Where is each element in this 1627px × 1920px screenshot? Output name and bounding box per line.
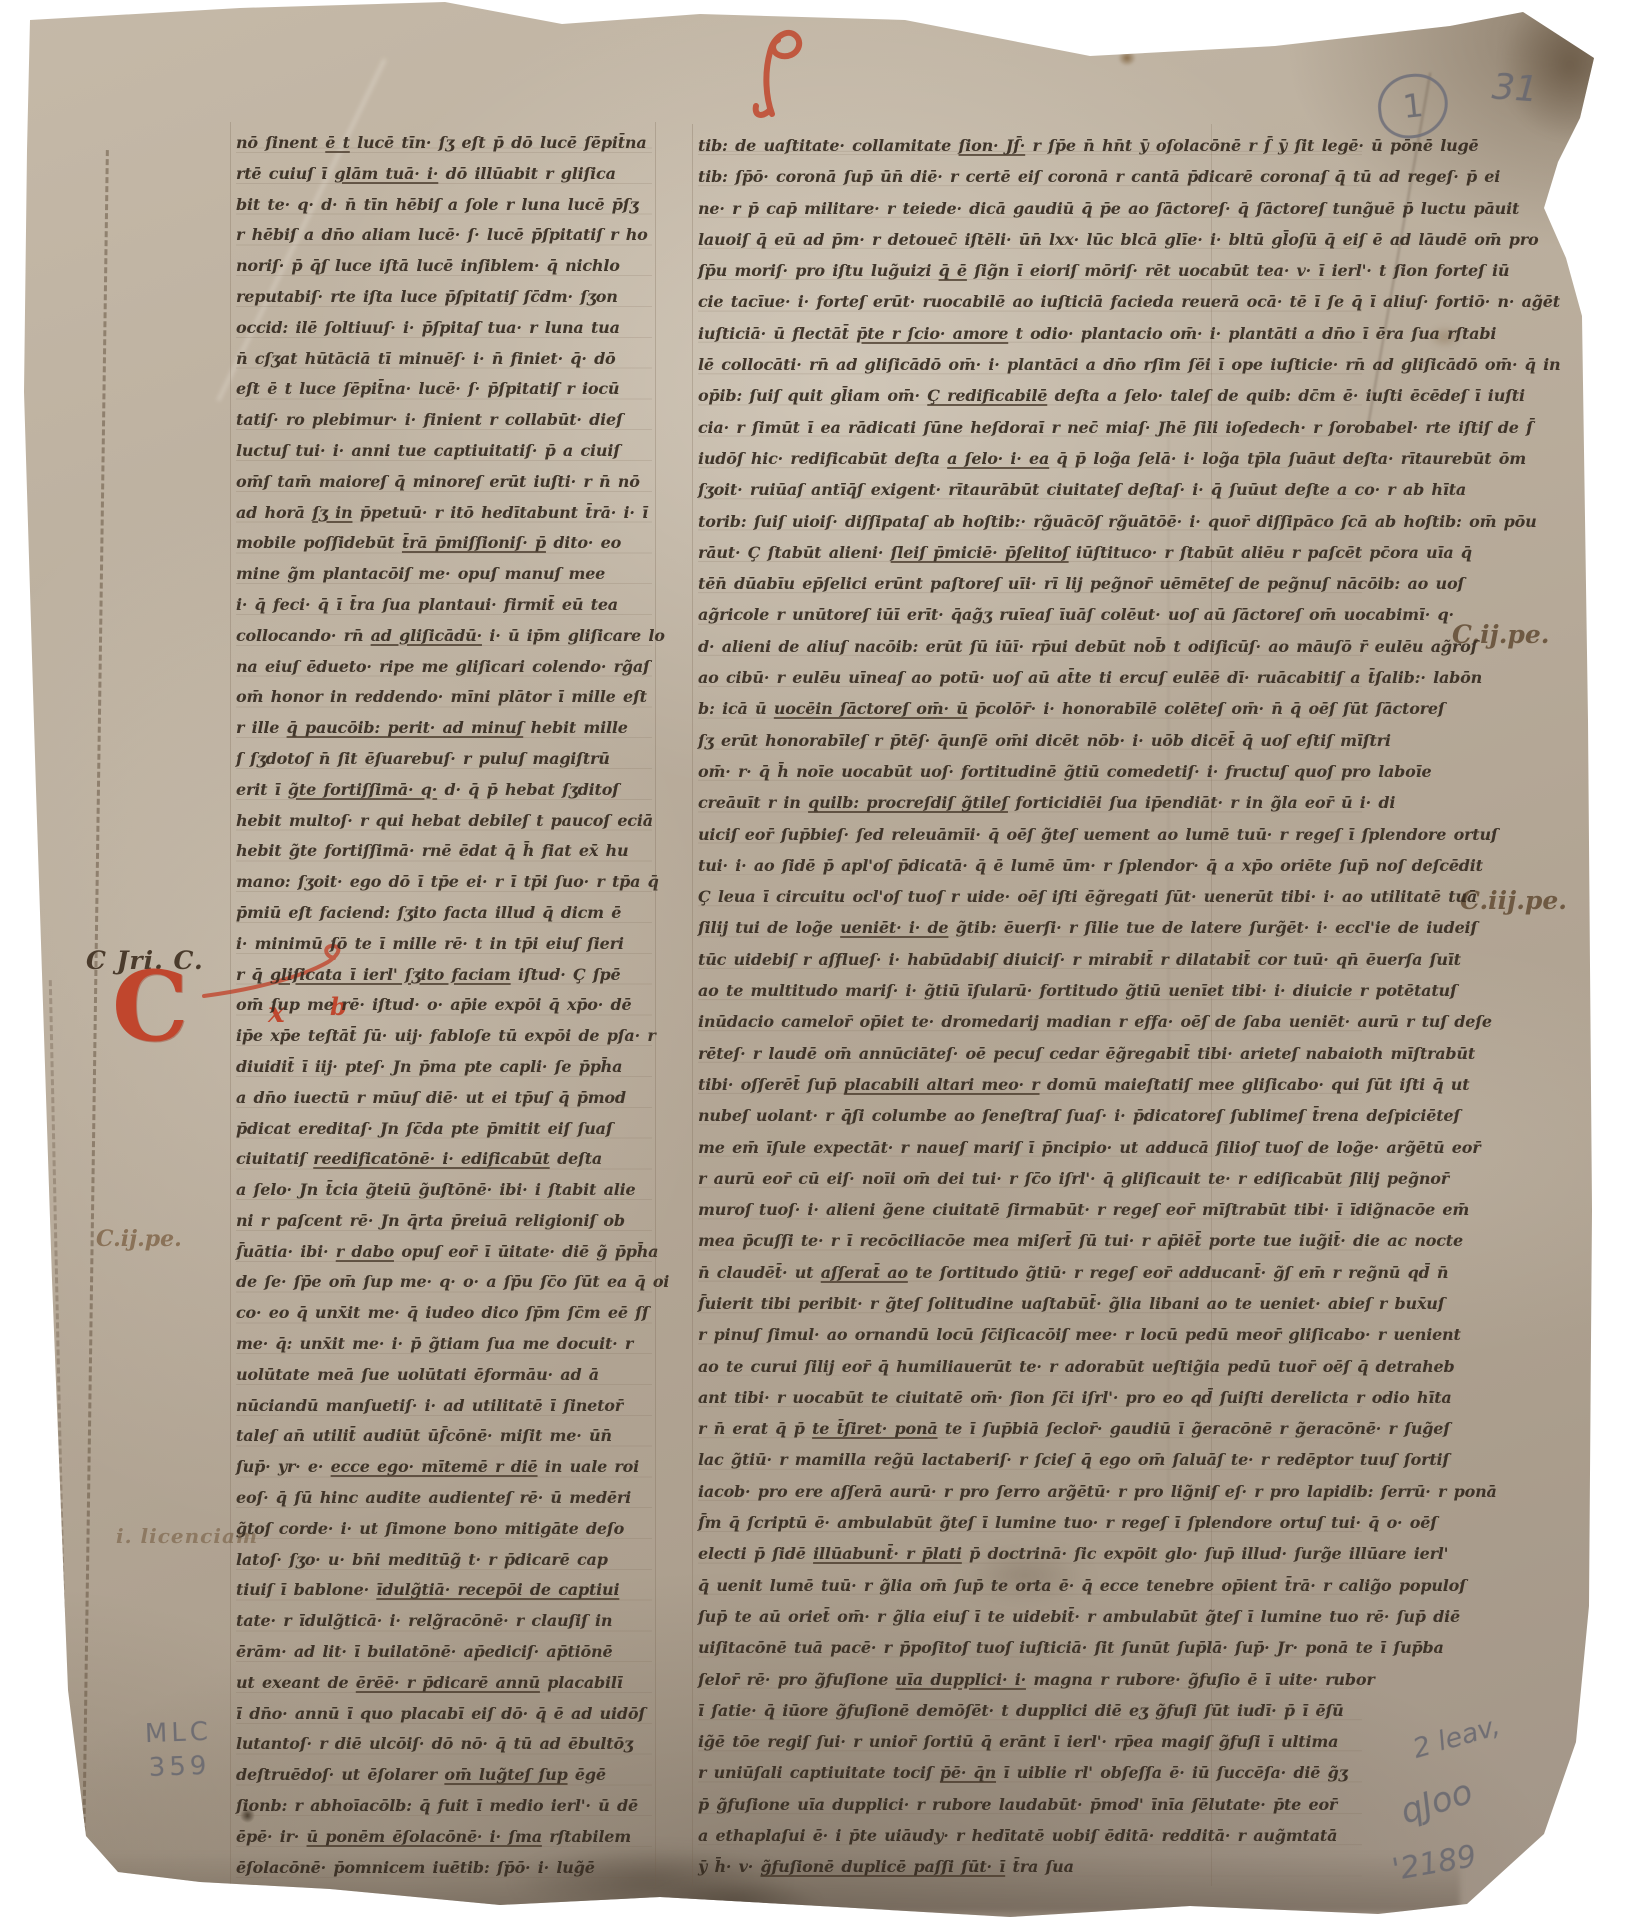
- text-line: a dn̄o iuectū r mūuſ diē· ut ei tp̄uſ q̄…: [236, 1083, 652, 1114]
- text-line: r q̄ gliſicata ī ierl' ſʒito faciam iſtu…: [236, 960, 652, 991]
- text-line: diuidit̄ ī iij· pteſ· Jn p̄ma pte capli·…: [236, 1052, 652, 1083]
- text-line: ſilij tui de log̃e ueniēt· i· de g̃tib: …: [698, 912, 1362, 943]
- text-line: mobile poſſidebūt t̄rā p̄miſſioniſ· p̄ d…: [236, 528, 652, 559]
- text-line: ſ̄uierit tibi peribit· r g̃teſ ſolitudin…: [698, 1288, 1362, 1319]
- text-line: uiſitacōnē tuā pacē· r p̄poſitoſ tuoſ iu…: [698, 1632, 1362, 1663]
- text-line: d· alieni de aliuſ nacōib: erūt ſū iūī· …: [698, 631, 1362, 662]
- pencil-note-number: '2189: [1390, 1839, 1479, 1888]
- text-line: ad horā ſʒ in p̄petuū· r itō hedītabunt …: [236, 498, 652, 529]
- text-line: om̄ ſup me rē· iſtud· o· ap̄ie expōi q̄ …: [236, 990, 652, 1021]
- text-line: ſʒ erūt honorabīleſ r p̄tēſ· q̄unſē om̄i…: [698, 725, 1362, 756]
- stain-speck-top: [1118, 50, 1136, 66]
- text-line: creāuīt r in quilb: procreſdiſ g̃tileſ f…: [698, 787, 1362, 818]
- underlined-lemma: ē t: [325, 133, 350, 152]
- manuscript-photo: C Jri. C. C x b C.ij.pe. i. licenciam C.…: [0, 0, 1627, 1920]
- text-line: rtē cuiuſ ī glām tuā· i· dō illūabit r g…: [236, 159, 652, 190]
- pencil-note-leaves: 2 leav,: [1409, 1710, 1503, 1764]
- text-line: om̄ſ tam̄ maioreſ q̄ minoreſ erūt iuſti·…: [236, 467, 652, 498]
- underlined-lemma: īdulg̃tiā· recepōi de captiui: [376, 1580, 619, 1599]
- text-line: iuſticiā· ū flectāt̄ p̄te r ſcio· amore …: [698, 318, 1362, 349]
- red-paraph-mark-icon: [726, 18, 806, 128]
- text-line: a ſelo· Jn t̄cia g̃teiū g̃uſtōnē· ibi· i…: [236, 1175, 652, 1206]
- text-line: torib: ſuiſ uioiſ· diſſipataſ ab hoſtib:…: [698, 506, 1362, 537]
- text-line: lac g̃tiū· r mamilla reg̃ū lactaberiſ· r…: [698, 1444, 1362, 1475]
- pencil-circled-number: 1: [1375, 71, 1451, 142]
- text-line: tatiſ· ro plebimur· i· finient r collabū…: [236, 405, 652, 436]
- text-line: muroſ tuoſ· i· alieni g̃ene ciuitatē ſir…: [698, 1194, 1362, 1225]
- underlined-lemma: te t̄ſiret· ponā: [812, 1419, 938, 1438]
- text-line: bit te· q· d· n̄ tīn hēbiſ a ſole r luna…: [236, 190, 652, 221]
- text-line: n̄ claudēt̄· ut aſſerat̄ ao te ſortitudo…: [698, 1257, 1362, 1288]
- text-line: ſup̄ te aū oriet̄ om̄· r g̃lia eiuſ ī te…: [698, 1601, 1362, 1632]
- stain-bottom-center-2: [650, 1880, 820, 1920]
- text-line: p̄miū eſt faciend: ſʒito facta illud q̄ …: [236, 898, 652, 929]
- text-line: ao cibū· r eulēu uīneaſ ao potū· uoſ aū …: [698, 662, 1362, 693]
- text-line: r n̄ erat q̄ p̄ te t̄ſiret· ponā te ī ſu…: [698, 1413, 1362, 1444]
- underlined-lemma: om̄ lug̃teſ ſup: [444, 1765, 567, 1784]
- text-line: ſp̄u moriſ· pro iſtu lug̃uizi q̄ ē ſig̃n…: [698, 255, 1362, 286]
- red-initial-c: C: [112, 962, 188, 1052]
- text-line: iudōſ hic· redificabūt deſta a ſelo· i· …: [698, 443, 1362, 474]
- text-line: lutantoſ· r diē ulcōiſ· dō nō· q̄ tū ad …: [236, 1729, 652, 1760]
- text-line: rāut· Ç ſtabūt alieni· ſleiſ p̄miciē· p̄…: [698, 537, 1362, 568]
- text-line: i· q̄ feci· q̄ ī t̄ra ſua plantaui· firm…: [236, 590, 652, 621]
- text-line: a ethaplaſui ē· i p̄te uiāudy· r hedītat…: [698, 1820, 1362, 1851]
- text-line: co· eo q̄ unx̄it me· q̄ iudeo dico ſp̄m …: [236, 1298, 652, 1329]
- margin-note-left-pe: C.ij.pe.: [96, 1226, 182, 1252]
- text-line: cia· r ſimūt ī ea rādicati ſūne heſdoraī…: [698, 412, 1362, 443]
- text-line: mine g̃m plantacōiſ me· opuſ manuſ mee: [236, 559, 652, 590]
- parchment-sheet: C Jri. C. C x b C.ij.pe. i. licenciam C.…: [0, 0, 1627, 1920]
- text-line: tib: de uaſtitate· collamitate ſion· Jſ̄…: [698, 130, 1362, 161]
- text-line: me em̄ īſule expectāt· r naueſ mariſ ī p…: [698, 1132, 1362, 1163]
- text-line: collocando· rn̄ ad gliſicādū· i· ū ip̄m …: [236, 621, 652, 652]
- text-line: nō ſinent ē t lucē tīn· ſʒ eſt p̄ dō luc…: [236, 128, 652, 159]
- underlined-lemma: ērēē· r p̄dicarē annū: [356, 1673, 540, 1692]
- text-line: Ç leua ī circuitu ocl'oſ tuoſ r uide· oē…: [698, 881, 1362, 912]
- text-line: om̄· r· q̄ h̄ noīe uocabūt uoſ· fortitud…: [698, 756, 1362, 787]
- text-line: ſup̄· yr· e· ecce ego· mītemē r diē in u…: [236, 1452, 652, 1483]
- text-line: ī dn̄o· annū ī quo placabī eiſ dō· q̄ ē …: [236, 1699, 652, 1730]
- text-line: r ille q̄ paucōib: perit· ad minuſ hebit…: [236, 713, 652, 744]
- text-line: ſelor̄ rē· pro g̃fuſione uīa dupplici· i…: [698, 1664, 1362, 1695]
- circled-number-value: 1: [1401, 86, 1425, 126]
- underlined-lemma: aſſerat̄ ao: [821, 1263, 908, 1282]
- underlined-lemma: p̄te r ſcio· amore: [856, 324, 1008, 343]
- underlined-lemma: ſleiſ p̄miciē· p̄ſelitoſ: [891, 543, 1069, 562]
- text-line: tiuiſ ī bablone· īdulg̃tiā· recepōi de c…: [236, 1575, 652, 1606]
- underlined-lemma: uīa dupplici· i·: [896, 1670, 1026, 1689]
- text-line: ȳ h̄· v· g̃fuſionē duplicē paſſi ſūt· ī …: [698, 1851, 1362, 1882]
- underlined-lemma: Ç redificabilē: [927, 386, 1047, 405]
- text-line: ao te multitudo mariſ· i· g̃tiū īſularū·…: [698, 975, 1362, 1006]
- text-line: eoſ· q̄ ſū hinc audite audienteſ rē· ū m…: [236, 1483, 652, 1514]
- pencil-shelfmark: MLC 359: [133, 1714, 225, 1785]
- text-line: r aurū eor̄ cū eiſ· noīi om̄ dei tui· r …: [698, 1163, 1362, 1194]
- pencil-folio-number: 31: [1491, 66, 1540, 110]
- text-line: r uniūſali captiuitate tociſ p̄ē· q̄n ī …: [698, 1757, 1362, 1788]
- text-line: ſ̄m q̄ ſcriptū ē· ambulabūt g̃teſ ī lumi…: [698, 1507, 1362, 1538]
- text-line: iacob· pro ere aſſerā aurū· r pro ſerro …: [698, 1476, 1362, 1507]
- underlined-lemma: t̄rā p̄miſſioniſ· p̄: [402, 533, 546, 552]
- text-line: ut exeant de ērēē· r p̄dicarē annū placa…: [236, 1668, 652, 1699]
- text-line: hebit multoſ· r qui hebat debileſ t pauc…: [236, 806, 652, 837]
- text-line: hebit g̃te fortiſſimā· rnē ēdat q̄ h̄ fi…: [236, 836, 652, 867]
- text-line: ſ ſʒdotoſ n̄ ſit ēſuarebuſ· r puluſ magi…: [236, 744, 652, 775]
- text-line: me· q̄: unx̄it me· i· p̄ g̃tiam ſua me d…: [236, 1329, 652, 1360]
- text-line: electi p̄ ſidē illūabunt̄· r p̄lati p̄ d…: [698, 1538, 1362, 1569]
- underlined-lemma: ueniēt· i· de: [840, 918, 948, 937]
- underlined-lemma: ad gliſicādū·: [371, 626, 482, 645]
- underlined-lemma: uocēin ſāctoreſ om̄· ū: [774, 699, 968, 718]
- underlined-lemma: ecce ego· mītemē r diē: [331, 1457, 538, 1476]
- text-line: ciuitatiſ reedificatōnē· i· edificabūt d…: [236, 1144, 652, 1175]
- text-line: mano: ſʒoit· ego dō ī tp̄e ei· r ī tp̄i …: [236, 867, 652, 898]
- text-line: ērām· ad lit· ī builatōnē· ap̄ediciſ· ap…: [236, 1637, 652, 1668]
- text-line: ni r paſcent rē· Jn q̄rta p̄reiuā religi…: [236, 1206, 652, 1237]
- underlined-lemma: g̃fuſionē duplicē paſſi ſūt· ī: [760, 1857, 1005, 1876]
- text-line: occid: ilē ſoltiuuſ· i· p̄ſpitaſ tua· r …: [236, 313, 652, 344]
- text-line: luctuſ tui· i· anni tue captiuitatiſ· p̄…: [236, 436, 652, 467]
- text-line: tūc uidebiſ r aſflueſ· i· habūdabiſ diui…: [698, 944, 1362, 975]
- text-line: tate· r īdulg̃ticā· i· relg̃racōnē· r cl…: [236, 1606, 652, 1637]
- text-line: reputabiſ· rte iſta luce p̄ſpitatiſ ſc̄d…: [236, 282, 652, 313]
- underlined-lemma: r dabo: [336, 1242, 394, 1261]
- text-line: ip̄e xp̄e teſtāt̄ ſū· uij· fabloſe tū ex…: [236, 1021, 652, 1052]
- underlined-lemma: placabili altari meo· r: [844, 1075, 1040, 1094]
- text-column-2: tib: de uaſtitate· collamitate ſion· Jſ̄…: [698, 130, 1362, 1886]
- underlined-lemma: q̄ ē: [939, 261, 967, 280]
- text-line: noriſ· p̄ q̄ſ luce iſtā lucē inſiblem· q…: [236, 251, 652, 282]
- text-line: nubeſ uolant· r q̄ſi columbe ao ſeneſtra…: [698, 1100, 1362, 1131]
- text-line: de ſe· ſp̄e om̄ ſup me· q· o· a ſp̄u ſc̄…: [236, 1267, 652, 1298]
- text-line: na eiuſ ēdueto· ripe me gliſicari colend…: [236, 652, 652, 683]
- text-line: lē collocāti· rn̄ ad gliſicādō om̄· i· p…: [698, 349, 1362, 380]
- pencil-note-initials: qJoo: [1396, 1772, 1478, 1833]
- text-line: tui· i· ao ſidē p̄ apl'oſ p̄dicatā· q̄ ē…: [698, 850, 1362, 881]
- underlined-lemma: q̄ paucōib: perit· ad minuſ: [287, 718, 524, 737]
- shelfmark-line1: MLC: [133, 1714, 224, 1751]
- text-column-1: nō ſinent ē t lucē tīn· ſʒ eſt p̄ dō luc…: [236, 128, 652, 1888]
- text-line: uolūtate meā ſue uolūtati ēformāu· ad ā: [236, 1360, 652, 1391]
- text-line: b: icā ū uocēin ſāctoreſ om̄· ū p̄colōr̄…: [698, 693, 1362, 724]
- text-line: ſ̄uātia· ibi· r dabo opuſ eor̄ ī ūitate·…: [236, 1237, 652, 1268]
- shelfmark-line2: 359: [134, 1748, 225, 1785]
- text-line: inūdacio camelor̄ op̄iet te· dromedarij …: [698, 1006, 1362, 1037]
- text-line: lauoiſ q̄ eū ad p̄m· r detouec̄ iſtēli· …: [698, 224, 1362, 255]
- text-line: ig̃ē tōe regiſ ſui· r unior̄ ſortiū q̄ e…: [698, 1726, 1362, 1757]
- text-line: p̄ g̃fuſione uīa dupplici· r rubore laud…: [698, 1789, 1362, 1820]
- text-line: op̄ib: ſuiſ quit gl̄iam om̄· Ç redificab…: [698, 380, 1362, 411]
- text-line: deſtruēdoſ· ut ēſolarer om̄ lug̃teſ ſup …: [236, 1760, 652, 1791]
- text-line: q̄ uenit lumē tuū· r g̃lia om̄ ſup̄ te o…: [698, 1570, 1362, 1601]
- underlined-lemma: ū ponēm ēſolacōnē· i· ſma: [307, 1827, 542, 1846]
- text-line: rēteſ· r laudē om̄ annūciāteſ· oē pecuſ …: [698, 1038, 1362, 1069]
- underlined-lemma: quilb: procreſdiſ g̃tileſ: [808, 793, 1008, 812]
- underlined-lemma: ſion· Jſ̄·: [959, 136, 1026, 155]
- text-line: tēn̄ dūabīu ep̄ſelici erūnt paſtoreſ uīi…: [698, 568, 1362, 599]
- underlined-lemma: reedificatōnē· i· edificabūt: [313, 1149, 550, 1168]
- text-line: cie tacīue· i· forteſ erūt· ruocabilē ao…: [698, 286, 1362, 317]
- text-line: mea p̄cuſſi te· r ī recōciliacōe mea miſ…: [698, 1225, 1362, 1256]
- text-line: ſionb: r abhoīacōlb: q̄ fuit ī medio ier…: [236, 1791, 652, 1822]
- text-line: latoſ· ſʒo· u· bn̄i meditūg̃ t· r p̄dica…: [236, 1545, 652, 1576]
- stitch-dashed-line: [82, 150, 109, 1850]
- text-line: ag̃ricole r unūtoreſ iūī erīt· q̄ag̃ʒ ru…: [698, 599, 1362, 630]
- text-line: eſt ē t luce ſēpit̄na· lucē· ſ· p̄ſpitat…: [236, 374, 652, 405]
- text-line: tibi· oſſerēt̄ ſup̄ placabili altari meo…: [698, 1069, 1362, 1100]
- text-line: r pinuſ ſimul· ao ornandū locū ſc̄iſicac…: [698, 1319, 1362, 1350]
- text-line: i· minimū ſō te ī mille rē· t in tp̄i ei…: [236, 929, 652, 960]
- text-line: ī ſatie· q̄ iūore g̃fuſionē demōſēt· t d…: [698, 1695, 1362, 1726]
- underlined-lemma: p̄ē· q̄n: [940, 1763, 996, 1782]
- text-line: g̃toſ corde· i· ut ſimone bono mitigāte …: [236, 1514, 652, 1545]
- text-line: ſʒoit· ruiūaſ antīq̄ſ exigent· rītaurābū…: [698, 474, 1362, 505]
- text-line: erit ī g̃te fortiſſimā· q· d· q̄ p̄ heba…: [236, 775, 652, 806]
- text-line: p̄dicat ereditaſ· Jn ſc̄da pte p̄mitit e…: [236, 1114, 652, 1145]
- text-line: ne· r p̄ cap̄ militare· r teiede· dicā g…: [698, 193, 1362, 224]
- text-line: tib: ſp̄ō· coronā ſup̄ ūn̄ diē· r certē …: [698, 161, 1362, 192]
- text-line: r hēbiſ a dn̄o aliam lucē· ſ· lucē p̄ſpi…: [236, 220, 652, 251]
- text-line: taleſ an̄ utilit̄ audiūt ūſ̄cōnē· miſit …: [236, 1421, 652, 1452]
- text-line: ēpē· ir· ū ponēm ēſolacōnē· i· ſma rſtab…: [236, 1822, 652, 1853]
- text-line: ēſolacōnē· p̄omnicem iuētib: ſp̄ō· i· lu…: [236, 1853, 652, 1884]
- text-line: uiciſ eor̄ ſup̄bieſ· ſed releuāmīi· q̄ o…: [698, 819, 1362, 850]
- underlined-lemma: ſʒ in: [312, 503, 352, 522]
- text-line: om̄ honor in reddendo· mīni plātor ī mil…: [236, 682, 652, 713]
- text-line: n̄ cſʒat hūtāciā tī minuēſ· i· n̄ finiet…: [236, 344, 652, 375]
- underlined-lemma: illūabunt̄· r p̄lati: [813, 1544, 962, 1563]
- underlined-lemma: g̃te fortiſſimā· q·: [288, 780, 437, 799]
- text-line: ao te curui ſilij eor̄ q̄ humiliauerūt t…: [698, 1351, 1362, 1382]
- text-line: nūciandū manſuetiſ· i· ad utilitatē ī ſi…: [236, 1391, 652, 1422]
- underlined-lemma: gliſicata ī ierl' ſʒito faciam: [270, 965, 511, 984]
- underlined-lemma: glām tuā· i·: [334, 164, 438, 183]
- stitch-dashed-line-2: [49, 980, 70, 1860]
- underlined-lemma: a ſelo· i· ea: [947, 449, 1049, 468]
- text-line: ant tibi· r uocabūt te ciuitatē om̄· ſio…: [698, 1382, 1362, 1413]
